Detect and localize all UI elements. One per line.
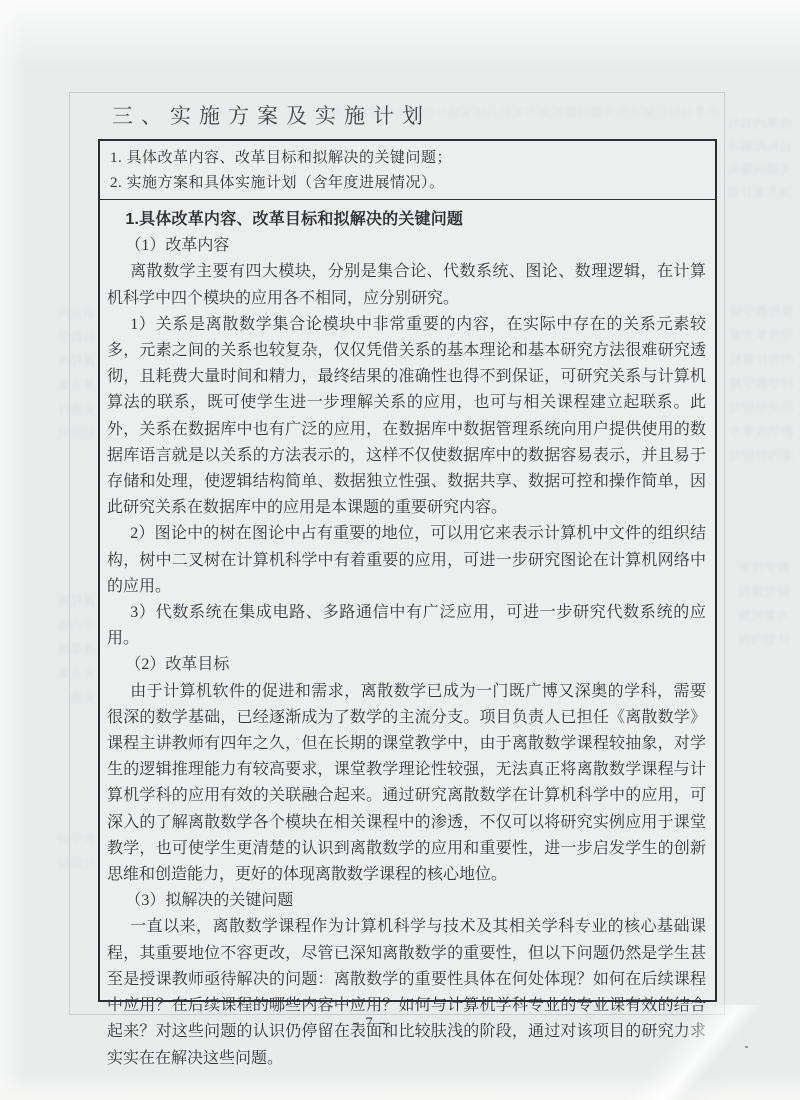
paragraph-modules-intro: 离散数学主要有四大模块，分别是集合论、代数系统、图论、数理逻辑，在计算机科学中四… — [107, 259, 706, 311]
subheading-key-problems: （3）拟解决的关键问题 — [107, 888, 706, 914]
paragraph-relations: 1）关系是离散数学集合论模块中非常重要的内容，在实际中存在的关系元素较多，元素之… — [107, 312, 706, 522]
form-box: 1. 具体改革内容、改革目标和拟解决的关键问题； 2. 实施方案和具体实施计划（… — [98, 139, 717, 1002]
paragraph-graph-theory: 2）图论中的树在图论中占有重要的地位，可以用它来表示计算机中文件的组织结构，树中… — [107, 521, 706, 600]
paragraph-goals-body: 由于计算机软件的促进和需求，离散数学已成为一门既广博又深奥的学科，需要很深的数学… — [107, 679, 706, 889]
requirements-header: 1. 具体改革内容、改革目标和拟解决的关键问题； 2. 实施方案和具体实施计划（… — [100, 141, 715, 200]
bleedthrough-text: 课程教学研究改革方案内容计算机科学数学模块应用研究教学改革方案内容研究 — [722, 300, 794, 468]
subheading-reform-goals: （2）改革目标 — [107, 652, 706, 678]
scan-edge-highlight-left — [0, 0, 26, 1100]
paragraph-algebraic-systems: 3）代数系统在集成电路、多路通信中有广泛应用，可进一步研究代数系统的应用。 — [107, 600, 706, 652]
requirement-item-2: 2. 实施方案和具体实施计划（含年度进展情况）。 — [110, 171, 705, 196]
section-title: 三、实施方案及实施计划 — [112, 100, 431, 130]
subheading-reform-overview: 1.具体改革内容、改革目标和拟解决的关键问题 — [107, 207, 706, 233]
subheading-reform-content: （1）改革内容 — [107, 233, 706, 259]
page-number: - 7 - — [330, 1015, 410, 1032]
scan-speck — [745, 1046, 748, 1048]
form-body-text: 1.具体改革内容、改革目标和拟解决的关键问题 （1）改革内容 离散数学主要有四大… — [100, 200, 715, 1072]
bleedthrough-text: 改革内容与目标拟解决关键问题实施方案计划 — [724, 112, 792, 204]
requirement-item-1: 1. 具体改革内容、改革目标和拟解决的关键问题； — [110, 146, 705, 171]
bleedthrough-text: 教学改革研究课程方案实施计划内容 — [726, 556, 790, 652]
scanned-document-page: 改革内容与目标拟解决关键问题实施方案计划 课程教学研究改革方案内容计算机科学数学… — [0, 0, 800, 1100]
scan-edge-highlight-top — [0, 0, 800, 70]
paragraph-key-problems-body: 一直以来，离散数学课程作为计算机科学与技术及其相关学科专业的核心基础课程，其重要… — [107, 914, 706, 1071]
scan-edge-highlight-bottom — [0, 1074, 800, 1100]
